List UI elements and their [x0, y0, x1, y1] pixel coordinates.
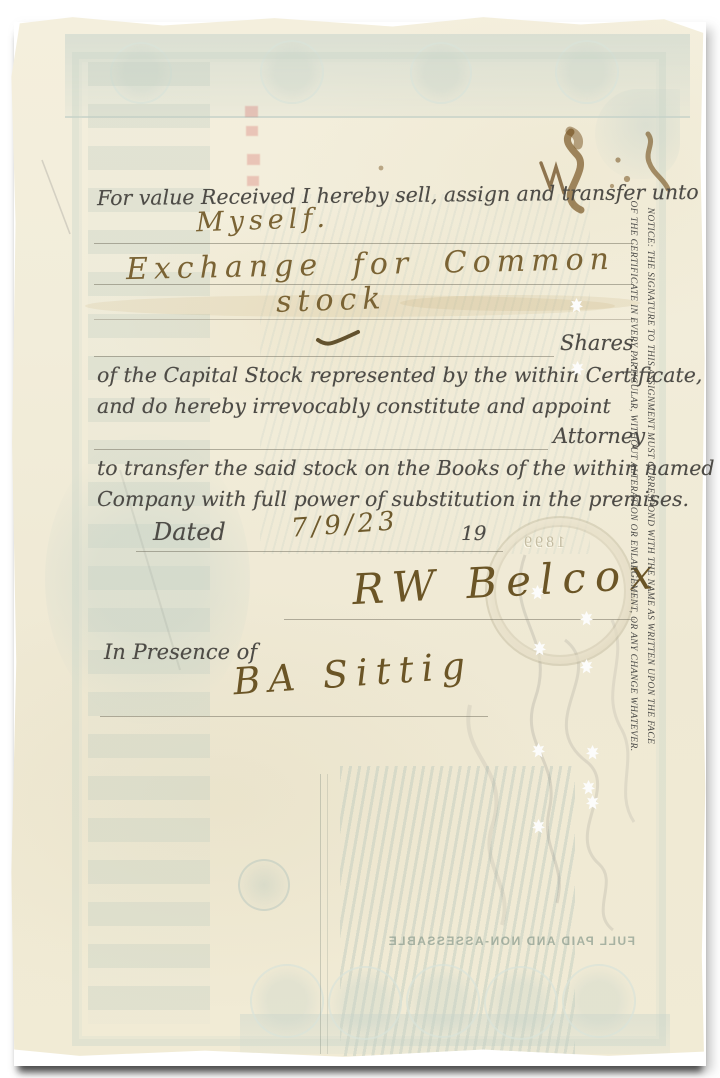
ghost-fold-line — [327, 774, 328, 1054]
ghost-red-serial-mark — [246, 126, 258, 136]
ghost-medallion — [328, 966, 402, 1040]
year-prefix: 19 — [461, 521, 486, 545]
handwritten-stock-word: stock — [275, 281, 387, 320]
ghost-medallion — [562, 964, 636, 1038]
ghost-rosette — [238, 859, 290, 911]
ghost-red-serial-mark — [247, 154, 260, 165]
body-line-2: and do hereby irrevocably constitute and… — [97, 394, 611, 418]
attorney-line — [94, 449, 548, 450]
ghost-medallion — [260, 40, 324, 104]
ghost-medallion — [484, 966, 558, 1040]
ghost-red-serial-mark — [245, 106, 258, 117]
certificate-back-scan: FULL PAID AND NON-ASSESSABLE 1899 For va… — [0, 0, 720, 1078]
ghost-mirrored-caption: FULL PAID AND NON-ASSESSABLE — [305, 934, 635, 948]
witness-line — [100, 716, 488, 717]
ghost-bottom-border-band — [240, 1014, 670, 1054]
ghost-medallion — [250, 964, 324, 1038]
ghost-lower-engraving — [340, 766, 575, 1056]
ghost-corner-scroll — [595, 89, 680, 179]
dated-label: Dated — [153, 518, 226, 546]
body-line-3: to transfer the said stock on the Books … — [97, 456, 715, 480]
ghost-medallion — [110, 42, 172, 104]
ghost-medallion — [406, 964, 480, 1038]
notice-line-2: OF THE CERTIFICATE IN EVERY PARTICULAR, … — [624, 176, 641, 776]
signature-notice: NOTICE: THE SIGNATURE TO THIS ASSIGNMENT… — [624, 176, 658, 776]
ghost-medallion — [555, 40, 619, 104]
shares-line — [94, 356, 554, 357]
blank-line — [94, 319, 634, 320]
dated-line — [136, 551, 503, 552]
ghost-fold-line — [320, 774, 321, 1054]
ghost-top-border-band — [65, 34, 690, 118]
embossed-seal-year: 1899 — [521, 534, 565, 552]
ghost-medallion — [410, 42, 472, 104]
body-line-1: of the Capital Stock represented by the … — [97, 363, 702, 387]
notice-line-1: NOTICE: THE SIGNATURE TO THIS ASSIGNMENT… — [641, 176, 658, 776]
shares-label: Shares — [560, 331, 634, 355]
handwritten-assignee: Myself. — [195, 203, 330, 239]
